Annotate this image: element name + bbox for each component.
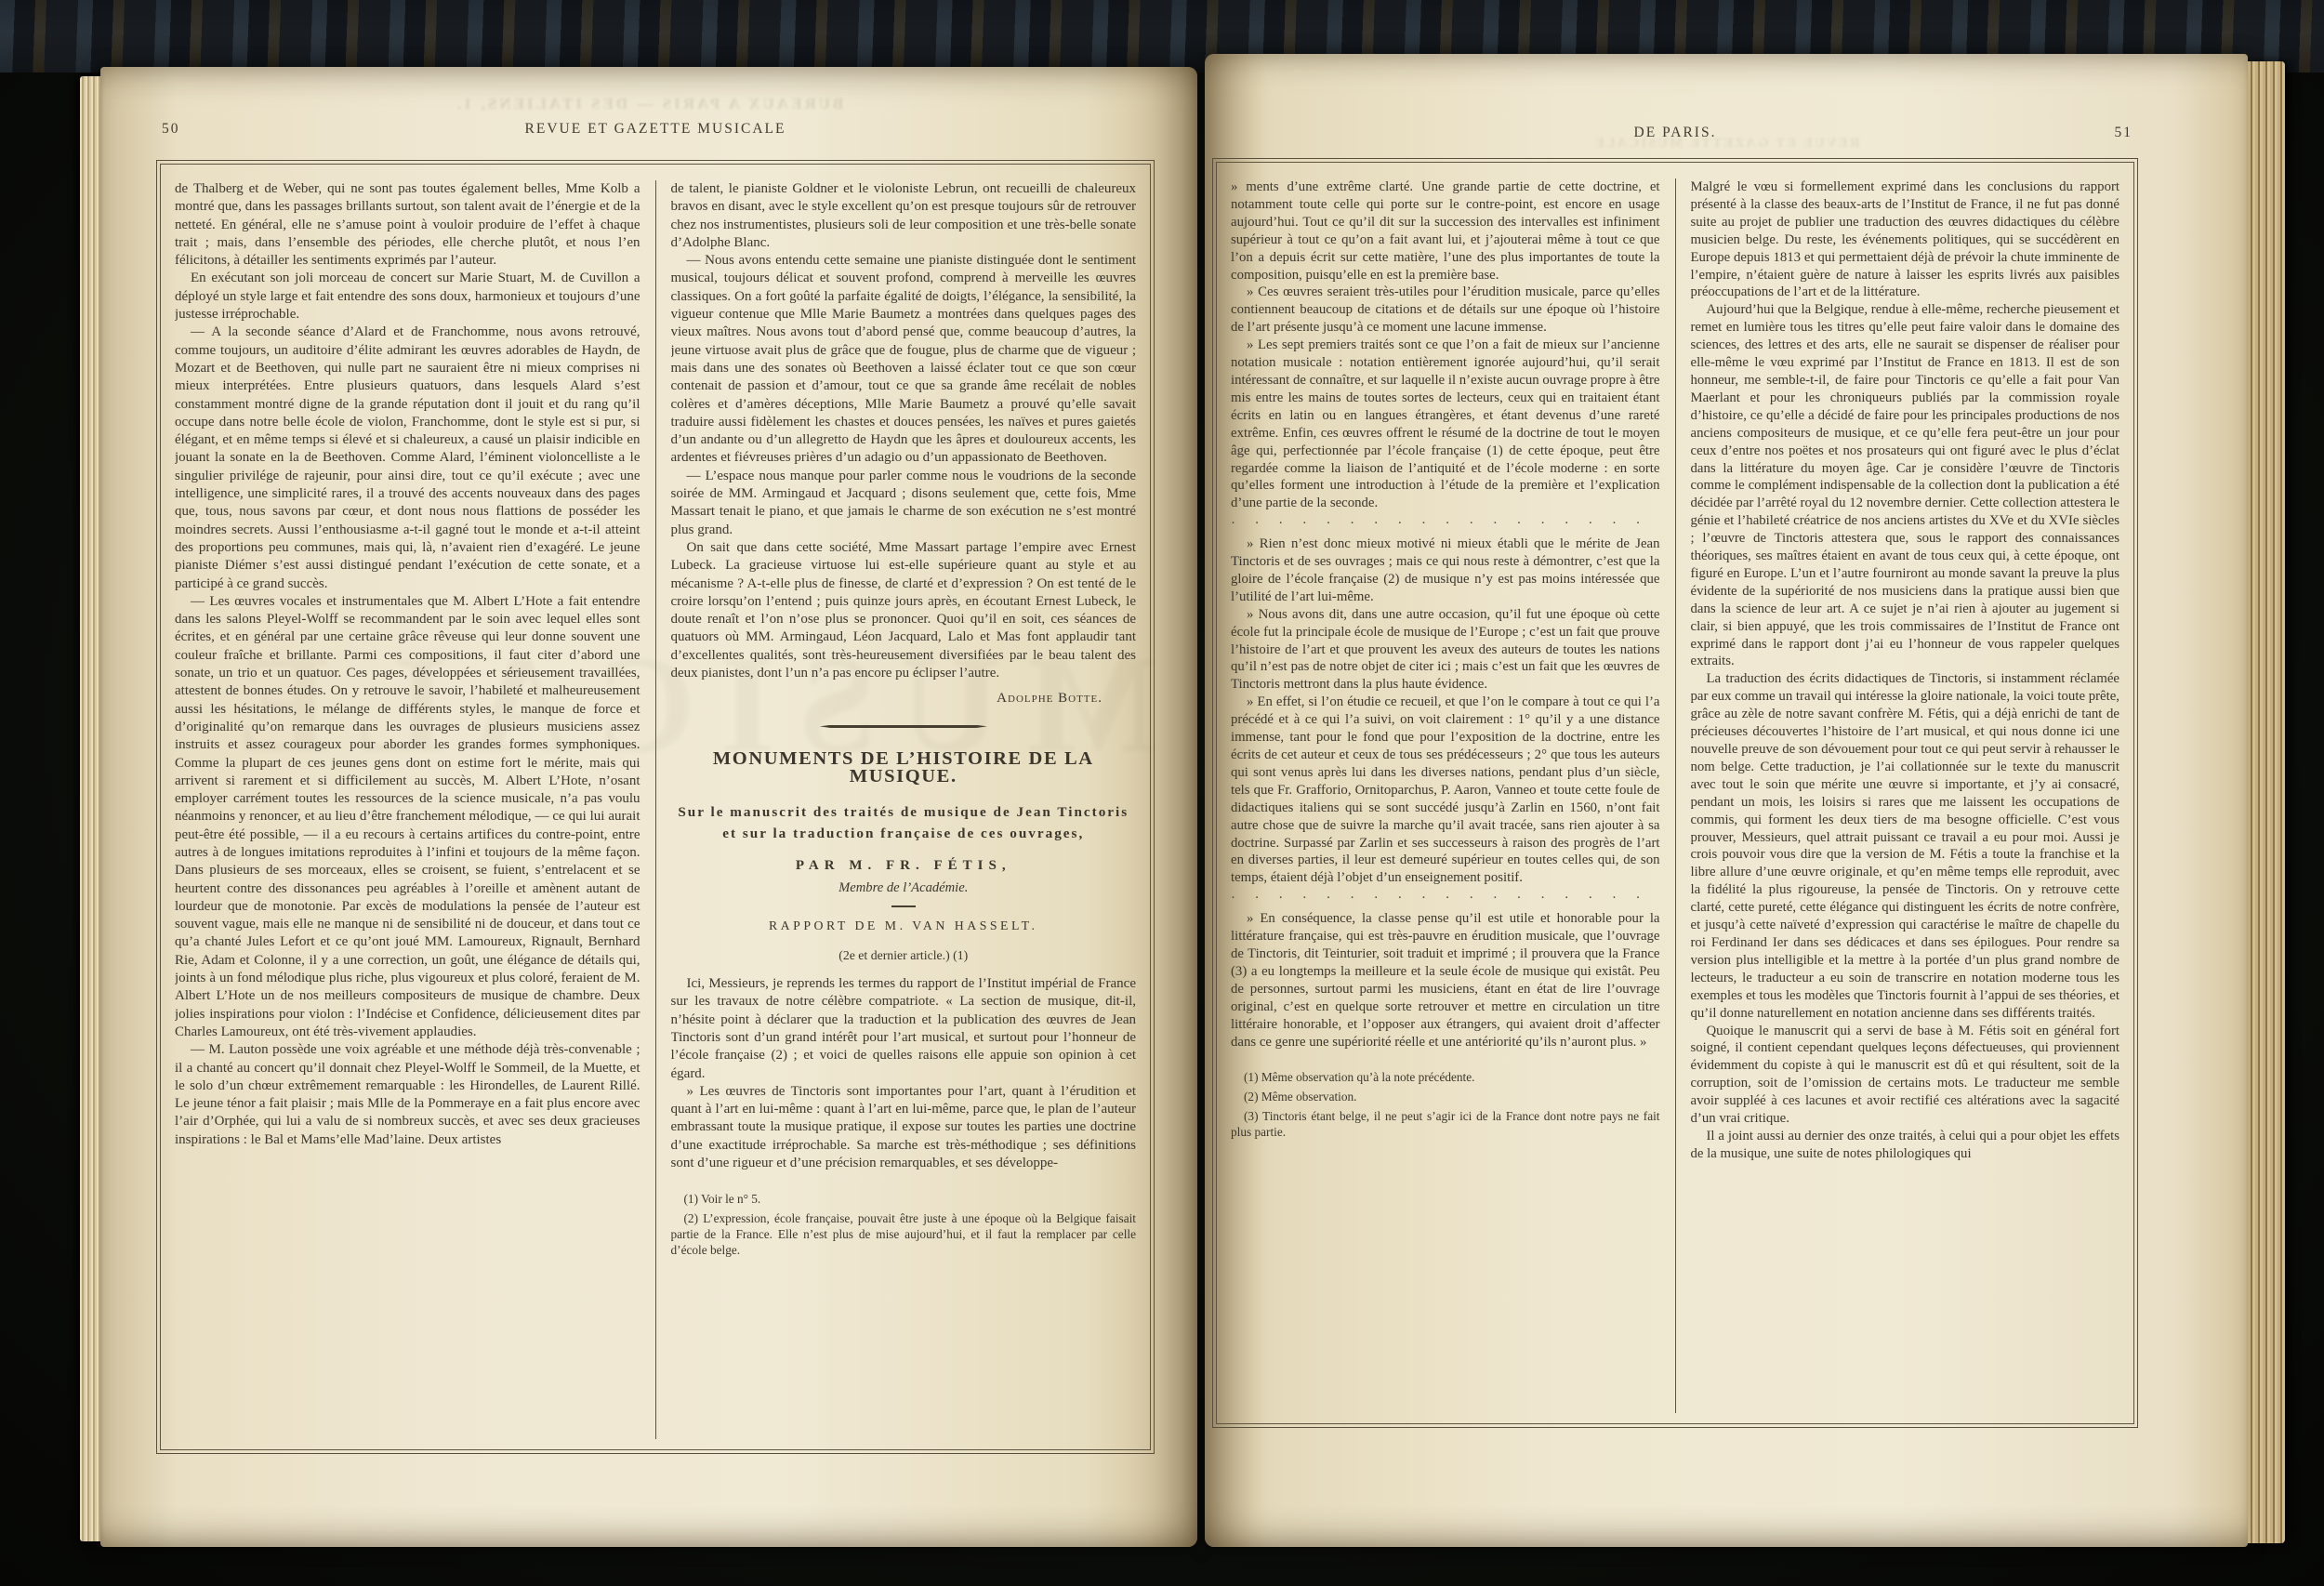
paragraph: » Ces œuvres seraient très-utiles pour l… xyxy=(1231,284,1660,337)
paragraph: Malgré le vœu si formellement exprimé da… xyxy=(1691,178,2120,301)
right-page-column-2: Malgré le vœu si formellement exprimé da… xyxy=(1691,178,2120,1413)
bleedthrough-text: BUREAUX A PARIS — DES ITALIENS, 1. xyxy=(100,95,1197,113)
paragraph: » ments d’une extrême clarté. Une grande… xyxy=(1231,178,1660,284)
printed-frame: de Thalberg et de Weber, qui ne sont pas… xyxy=(156,160,1155,1454)
dotted-separator: · · · · · · · · · · · · · · · · · · · · … xyxy=(1231,890,1660,907)
paragraph: » En effet, si l’on étudie ce recueil, e… xyxy=(1231,694,1660,887)
paragraph: — A la seconde séance d’Alard et de Fran… xyxy=(175,324,640,592)
printed-frame: » ments d’une extrême clarté. Une grande… xyxy=(1212,158,2138,1428)
paragraph: — Les œuvres vocales et instrumentales q… xyxy=(175,593,640,1041)
short-rule xyxy=(891,905,916,907)
article-heading: MONUMENTS DE L’HISTOIRE DE LA MUSIQUE. S… xyxy=(671,750,1137,964)
paragraph: » En conséquence, la classe pense qu’il … xyxy=(1231,910,1660,1051)
paragraph: » Rien n’est donc mieux motivé ni mieux … xyxy=(1231,535,1660,606)
paragraph: En exécutant son joli morceau de concert… xyxy=(175,270,640,324)
paragraph: » Nous avons dit, dans une autre occasio… xyxy=(1231,606,1660,694)
report-heading: RAPPORT DE M. VAN HASSELT. xyxy=(671,917,1137,934)
paragraph: de Thalberg et de Weber, qui ne sont pas… xyxy=(175,180,640,270)
report-text: Ici, Messieurs, je reprends les termes d… xyxy=(671,975,1137,1172)
footnote: (2) Même observation. xyxy=(1231,1089,1660,1104)
article-byline: PAR M. FR. FÉTIS, xyxy=(671,857,1137,875)
paragraph: de talent, le pianiste Goldner et le vio… xyxy=(671,180,1137,252)
concert-reviews-continued: de talent, le pianiste Goldner et le vio… xyxy=(671,180,1137,708)
footnote: (1) Voir le n° 5. xyxy=(671,1191,1137,1207)
paragraph: » Les sept premiers traités sont ce que … xyxy=(1231,337,1660,512)
page-number: 50 xyxy=(162,121,180,138)
footnotes: (1) Voir le n° 5.(2) L’expression, école… xyxy=(671,1191,1137,1258)
paragraph: — M. Lauton possède une voix agréable et… xyxy=(175,1041,640,1149)
paragraph: Il a joint aussi au dernier des onze tra… xyxy=(1691,1128,2120,1163)
running-head: 50 REVUE ET GAZETTE MUSICALE xyxy=(156,121,1155,145)
page-number: 51 xyxy=(2115,125,2133,141)
report-quotation: » ments d’une extrême clarté. Une grande… xyxy=(1231,178,1660,1051)
column-divider-rule xyxy=(1675,178,1676,1413)
footnote: (3) Tinctoris étant belge, il ne peut s’… xyxy=(1231,1108,1660,1140)
right-page: REVUE ET GAZETTE MUSICALE DE PARIS. 51 »… xyxy=(1205,54,2248,1547)
paragraph: » Les œuvres de Tinctoris sont important… xyxy=(671,1083,1137,1172)
footnote: (1) Même observation qu’à la note précéd… xyxy=(1231,1069,1660,1085)
dotted-separator: · · · · · · · · · · · · · · · · · · · · … xyxy=(1231,515,1660,533)
column-divider-rule xyxy=(655,180,656,1439)
left-page-column-2: de talent, le pianiste Goldner et le vio… xyxy=(671,180,1137,1439)
section-divider-rule xyxy=(820,725,987,729)
left-page-column-1: de Thalberg et de Weber, qui ne sont pas… xyxy=(175,180,640,1439)
left-page: BUREAUX A PARIS — DES ITALIENS, 1. MUSIC… xyxy=(100,67,1197,1547)
article-subtitle: Sur le manuscrit des traités de musique … xyxy=(675,801,1133,845)
author-affiliation: Membre de l’Académie. xyxy=(671,879,1137,897)
book-photo: BUREAUX A PARIS — DES ITALIENS, 1. MUSIC… xyxy=(0,0,2324,1586)
paragraph: Ici, Messieurs, je reprends les termes d… xyxy=(671,975,1137,1083)
footnote: (2) L’expression, école française, pouva… xyxy=(671,1210,1137,1258)
running-head: DE PARIS. 51 xyxy=(1212,125,2138,149)
journal-title: REVUE ET GAZETTE MUSICALE xyxy=(156,121,1155,138)
paragraph: La traduction des écrits didactiques de … xyxy=(1691,670,2120,1022)
paragraph: Quoique le manuscrit qui a servi de base… xyxy=(1691,1023,2120,1128)
article-number-note: (2e et dernier article.) (1) xyxy=(671,946,1137,964)
paragraph: — L’espace nous manque pour parler comme… xyxy=(671,468,1137,539)
paragraph: — Nous avons entendu cette semaine une p… xyxy=(671,252,1137,468)
article-title: MONUMENTS DE L’HISTOIRE DE LA MUSIQUE. xyxy=(673,750,1135,786)
paragraph: On sait que dans cette société, Mme Mass… xyxy=(671,539,1137,682)
journal-title: DE PARIS. xyxy=(1212,125,2138,141)
signature: Adolphe Botte. xyxy=(671,690,1137,707)
footnotes: (1) Même observation qu’à la note précéd… xyxy=(1231,1069,1660,1140)
right-page-column-1: » ments d’une extrême clarté. Une grande… xyxy=(1231,178,1660,1413)
paragraph: Aujourd’hui que la Belgique, rendue à el… xyxy=(1691,301,2120,670)
